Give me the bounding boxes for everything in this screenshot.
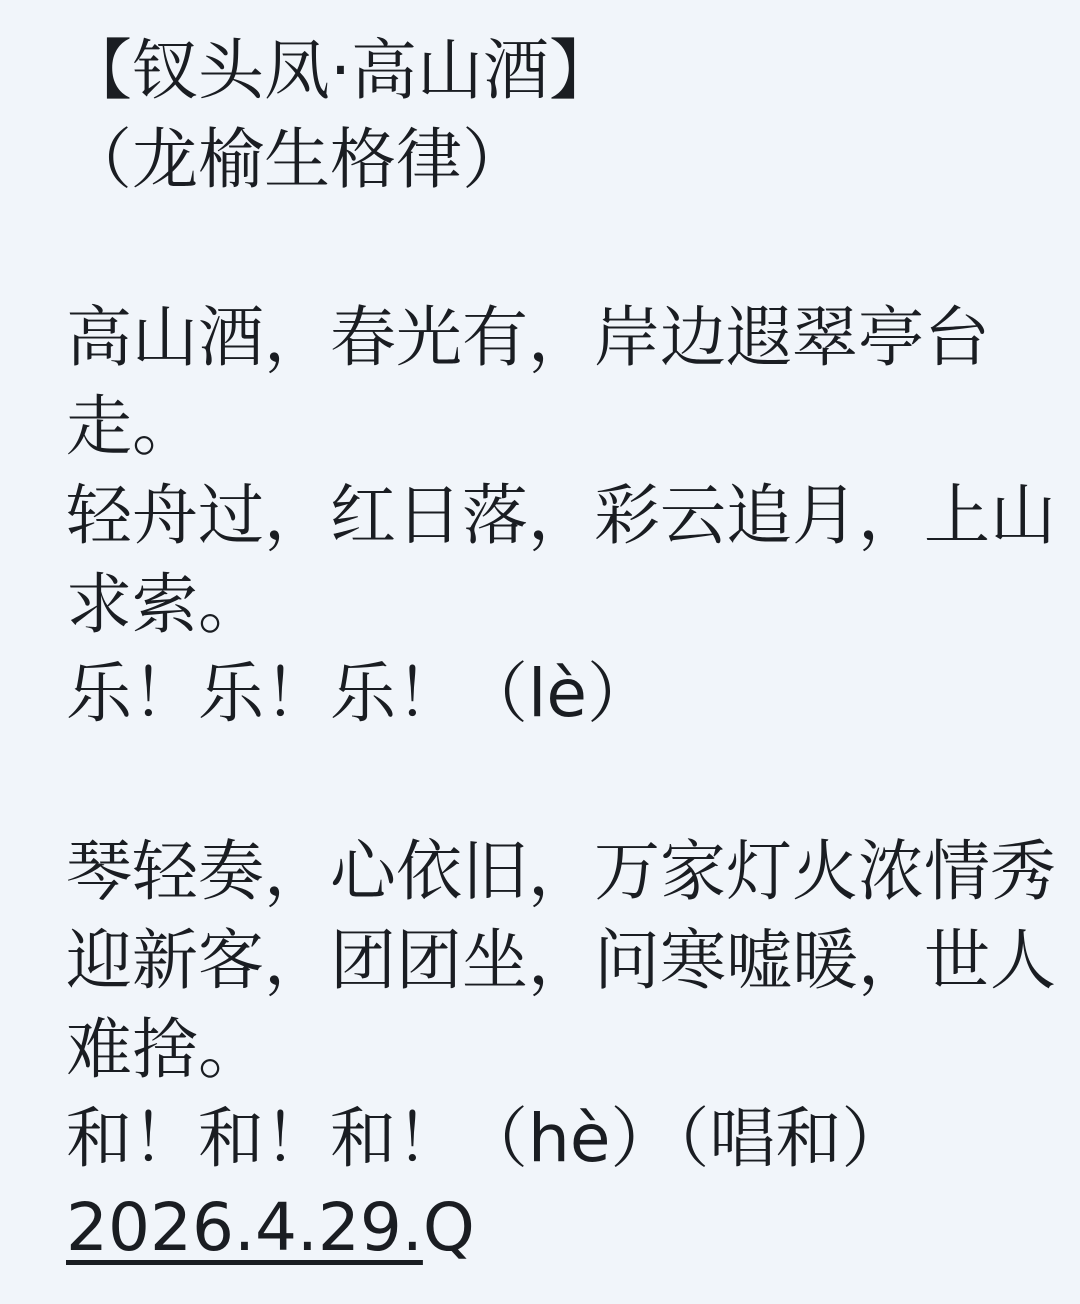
poem-line: 求索。 <box>66 560 1056 649</box>
poem-line: 和！和！和！（hè）（唱和） <box>66 1094 1056 1183</box>
signature-suffix: Q <box>423 1189 475 1266</box>
blank-line <box>66 738 1056 827</box>
poem-subtitle: （龙榆生格律） <box>66 115 1056 204</box>
date-link[interactable]: 2026.4.29. <box>66 1189 423 1266</box>
poem-line: 轻舟过，红日落，彩云追月，上山 <box>66 471 1056 560</box>
signature-line: 2026.4.29.Q <box>66 1183 1056 1272</box>
poem-line: 走。 <box>66 382 1056 471</box>
poem-line: 难捨。 <box>66 1005 1056 1094</box>
poem-line: 乐！乐！乐！（lè） <box>66 649 1056 738</box>
poem-line: 琴轻奏，心依旧，万家灯火浓情秀 <box>66 827 1056 916</box>
poem-line: 高山酒，春光有，岸边遐翠亭台 <box>66 293 1056 382</box>
poem-line: 迎新客，团团坐，问寒嘘暖，世人 <box>66 916 1056 1005</box>
blank-line <box>66 204 1056 293</box>
poem-note-page: 【钗头凤·高山酒】 （龙榆生格律） 高山酒，春光有，岸边遐翠亭台 走。 轻舟过，… <box>0 0 1080 1304</box>
poem-title: 【钗头凤·高山酒】 <box>66 26 1056 115</box>
